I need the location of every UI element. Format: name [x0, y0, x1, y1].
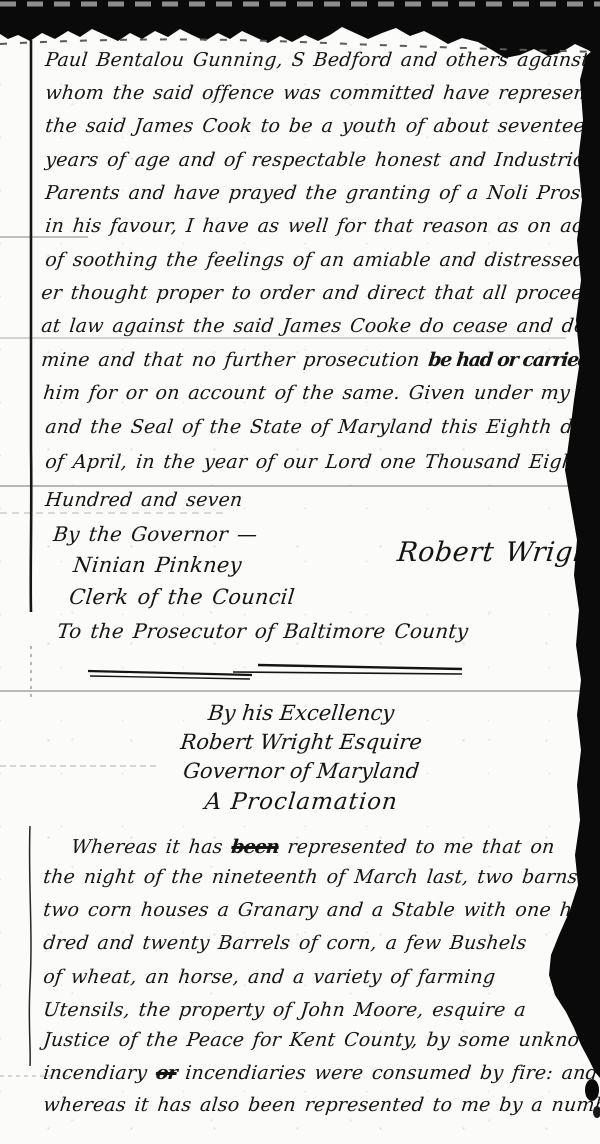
paragraph1-line: er thought proper to order and direct th…: [40, 280, 600, 306]
paragraph2-line: of wheat, an horse, and a variety of far…: [42, 964, 497, 990]
heading-by-his-excellency: By his Excellency: [120, 701, 483, 725]
paragraph1-line: Parents and have prayed the granting of …: [44, 180, 600, 206]
paragraph1-line: Paul Bentalou Gunning, S Bedford and oth…: [44, 47, 591, 73]
addressee-line: To the Prosecutor of Baltimore County: [56, 618, 470, 644]
paragraph1-line: at law against the said James Cooke do c…: [40, 313, 600, 339]
paragraph2-line: dred and twenty Barrels of corn, a few B…: [42, 930, 528, 956]
paragraph1-line: of April, in the year of our Lord one Th…: [44, 449, 583, 475]
clerk-name: Ninian Pinkney: [72, 552, 243, 578]
paragraph2-line: Whereas it has been represented to me th…: [70, 834, 556, 860]
struck-word: or: [155, 1062, 178, 1084]
by-the-governor-label: By the Governor —: [52, 521, 259, 547]
paragraph1-line: mine and that no further prosecution be …: [40, 347, 600, 373]
governor-signature: Robert Wright: [396, 540, 600, 566]
paragraph1-line: whom the said offence was committed have…: [44, 80, 600, 106]
paragraph2-line-text: represented to me that on: [278, 836, 556, 858]
paragraph2-line-text: incendiaries were consumed by fire: and: [175, 1062, 599, 1084]
overwritten-text: be had or carried on against: [427, 349, 600, 371]
heading-governor-title: Governor of Maryland: [120, 759, 483, 783]
paragraph1-line: of soothing the feelings of an amiable a…: [44, 247, 600, 273]
paragraph1-line: years of age and of respectable honest a…: [44, 147, 600, 173]
paragraph2-line: the night of the nineteenth of March las…: [42, 864, 579, 890]
paragraph2-line: Utensils, the property of John Moore, es…: [42, 997, 527, 1023]
heading-governor-name: Robert Wright Esquire: [120, 730, 483, 754]
paragraph1-line-text: mine and that no further prosecution: [40, 349, 429, 371]
paragraph1-line: Hundred and seven: [44, 487, 244, 513]
paragraph2-line: Justice of the Peace for Kent County, by…: [42, 1027, 600, 1053]
heading-proclamation: A Proclamation: [120, 789, 483, 815]
paragraph2-line: whereas it has also been represented to …: [42, 1092, 600, 1118]
paragraph1-line: him for or on account of the same. Given…: [42, 380, 600, 406]
manuscript-page: Paul Bentalou Gunning, S Bedford and oth…: [0, 0, 600, 1144]
paragraph1-line: and the Seal of the State of Maryland th…: [44, 414, 597, 440]
manuscript-text: Paul Bentalou Gunning, S Bedford and oth…: [0, 0, 600, 1144]
paragraph1-line: the said James Cook to be a youth of abo…: [44, 113, 599, 139]
struck-word: been: [230, 836, 280, 858]
paragraph1-line: in his favour, I have as well for that r…: [44, 213, 600, 239]
clerk-title: Clerk of the Council: [68, 584, 296, 610]
paragraph2-line-text: incendiary: [42, 1062, 157, 1084]
paragraph2-line: two corn houses a Granary and a Stable w…: [42, 897, 598, 923]
paragraph2-line: incendiary or incendiaries were consumed…: [42, 1060, 599, 1086]
paragraph2-line-text: Whereas it has: [70, 836, 232, 858]
